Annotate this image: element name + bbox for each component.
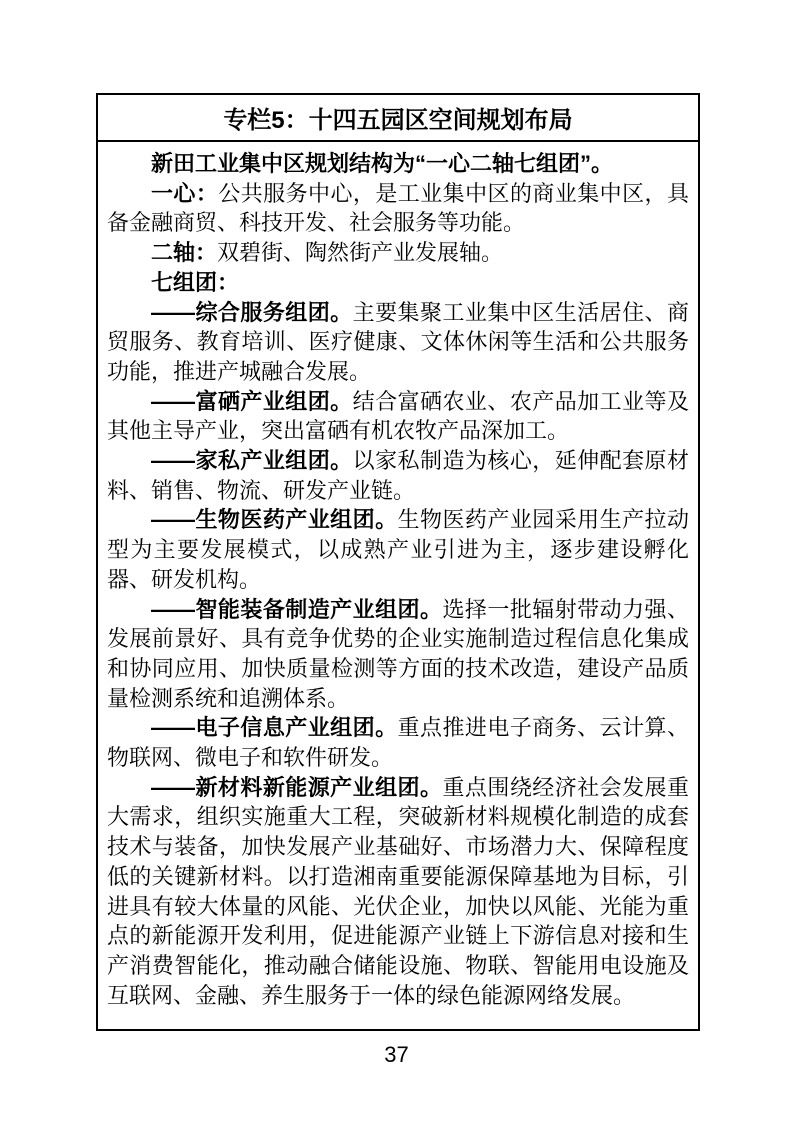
paragraph-comprehensive-service: ——综合服务组团。主要集聚工业集中区生活居住、商贸服务、教育培训、医疗健康、文体… [107, 298, 689, 387]
paragraph-lead: ——生物医药产业组团。 [151, 507, 398, 532]
paragraph-lead: ——富硒产业组团。 [151, 389, 353, 414]
paragraph-text: 重点围绕经济社会发展重大需求，组织实施重大工程，突破新材料规模化制造的成套技术与… [107, 775, 689, 1008]
paragraph-electronic-info-industry: ——电子信息产业组团。重点推进电子商务、云计算、物联网、微电子和软件研发。 [107, 713, 689, 772]
page-number: 37 [0, 1042, 793, 1068]
paragraph-biomedicine-industry: ——生物医药产业组团。生物医药产业园采用生产拉动型为主要发展模式，以成熟产业引进… [107, 505, 689, 594]
paragraph-furniture-industry: ——家私产业组团。以家私制造为核心，延伸配套原材料、销售、物流、研发产业链。 [107, 446, 689, 505]
paragraph-lead: 七组团： [151, 270, 239, 295]
paragraph-text: 双碧街、陶然街产业发展轴。 [217, 240, 503, 265]
paragraph-structure: 新田工业集中区规划结构为“一心二轴七组团”。 [107, 149, 689, 179]
paragraph-lead: ——综合服务组团。 [151, 300, 353, 325]
paragraph-one-center: 一心：公共服务中心，是工业集中区的商业集中区，具备金融商贸、科技开发、社会服务等… [107, 179, 689, 238]
paragraph-new-materials-energy-industry: ——新材料新能源产业组团。重点围绕经济社会发展重大需求，组织实施重大工程，突破新… [107, 773, 689, 1011]
paragraph-lead: ——新材料新能源产业组团。 [151, 775, 442, 800]
paragraph-lead: ——家私产业组团。 [151, 448, 353, 473]
paragraph-lead: 新田工业集中区规划结构为“一心二轴七组团”。 [151, 151, 613, 176]
column-panel: 专栏5：十四五园区空间规划布局 新田工业集中区规划结构为“一心二轴七组团”。 一… [96, 93, 700, 1031]
paragraph-selenium-industry: ——富硒产业组团。结合富硒农业、农产品加工业等及其他主导产业，突出富硒有机农牧产… [107, 387, 689, 446]
paragraph-lead: 一心： [151, 181, 218, 206]
paragraph-seven-clusters: 七组团： [107, 268, 689, 298]
panel-body: 新田工业集中区规划结构为“一心二轴七组团”。 一心：公共服务中心，是工业集中区的… [98, 142, 698, 1022]
paragraph-smart-equipment-industry: ——智能装备制造产业组团。选择一批辐射带动力强、发展前景好、具有竞争优势的企业实… [107, 595, 689, 714]
panel-title: 专栏5：十四五园区空间规划布局 [98, 95, 698, 142]
paragraph-lead: ——智能装备制造产业组团。 [151, 597, 442, 622]
paragraph-lead: 二轴： [151, 240, 217, 265]
paragraph-lead: ——电子信息产业组团。 [151, 715, 398, 740]
paragraph-two-axes: 二轴：双碧街、陶然街产业发展轴。 [107, 238, 689, 268]
